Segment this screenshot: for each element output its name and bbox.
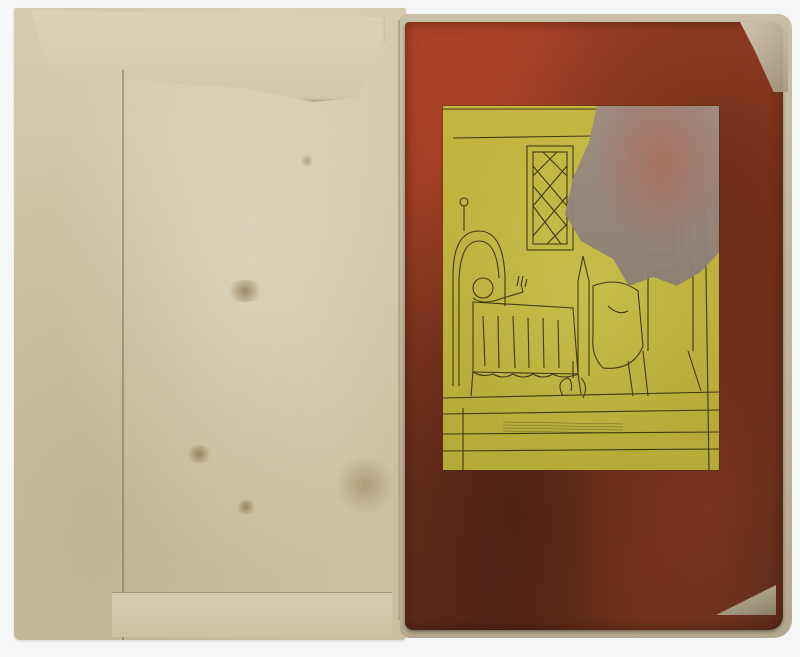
stain [225,280,265,302]
fold-crease [122,70,124,640]
stain [300,155,314,167]
pasted-illustration [443,106,719,470]
stain [235,500,257,514]
stain [185,445,213,463]
bottom-flap [112,592,392,637]
photo-scene [0,0,800,657]
inside-cover-paper [14,8,406,640]
stain [335,455,395,515]
